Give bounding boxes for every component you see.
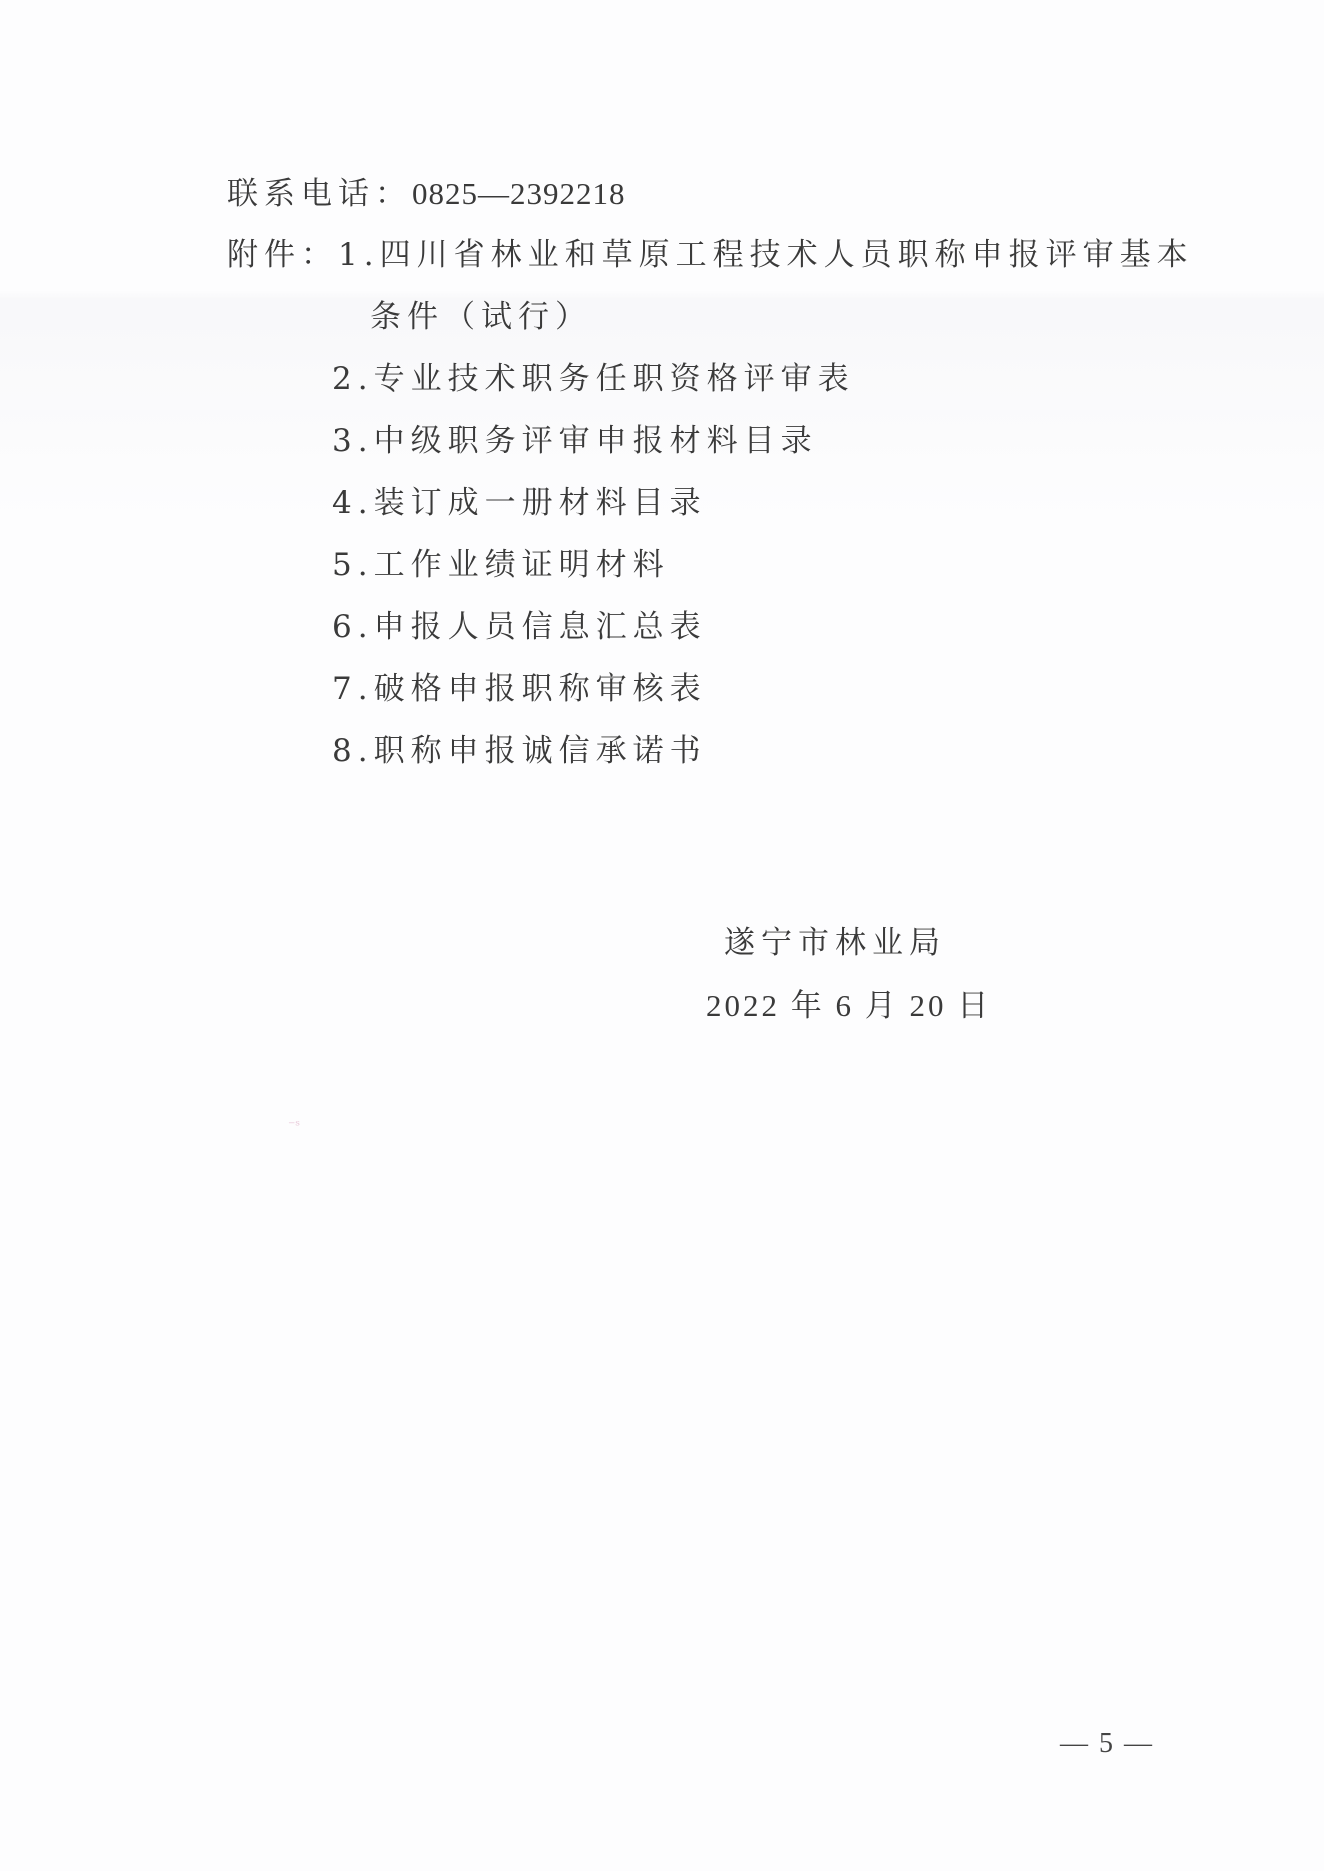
document-page: 联系电话：0825—2392218 附件：1.四川省林业和草原工程技术人员职称申… [0,0,1324,1871]
attachment-item: 4.装订成一册材料目录 [332,485,707,521]
attachment-item: 1.四川省林业和草原工程技术人员职称申报评审基本 [338,237,1194,273]
attachments-label: 附件： [227,237,338,273]
contact-phone: 0825—2392218 [412,176,626,211]
attachment-item: 2.专业技术职务任职资格评审表 [332,361,855,397]
attachment-item: 3.中级职务评审申报材料目录 [332,423,818,459]
signature-organization: 遂宁市林业局 [724,928,946,959]
contact-label: 联系电话： [227,176,412,212]
attachment-line-1: 附件：1.四川省林业和草原工程技术人员职称申报评审基本 [227,240,1194,271]
contact-line: 联系电话：0825—2392218 [227,178,626,210]
attachment-line-5: 5.工作业绩证明材料 [332,550,670,581]
page-number: — 5 — [1060,1728,1154,1760]
attachment-line-1-cont: 条件（试行） [370,302,592,333]
attachment-line-2: 2.专业技术职务任职资格评审表 [332,364,855,395]
attachment-item: 6.申报人员信息汇总表 [332,609,707,645]
attachment-item: 5.工作业绩证明材料 [332,547,670,583]
signature-date: 2022 年 6 月 20 日 [706,990,991,1021]
bleed-through-background [0,0,1324,1871]
attachment-line-4: 4.装订成一册材料目录 [332,488,707,519]
attachment-line-6: 6.申报人员信息汇总表 [332,612,707,643]
attachment-item: 条件（试行） [370,299,592,335]
attachment-line-7: 7.破格申报职称审核表 [332,674,707,705]
attachment-line-3: 3.中级职务评审申报材料目录 [332,426,818,457]
attachment-line-8: 8.职称申报诚信承诺书 [332,736,707,767]
attachment-item: 8.职称申报诚信承诺书 [332,733,707,769]
attachment-item: 7.破格申报职称审核表 [332,671,707,707]
stamp-residue: ⁻ˢ [288,1118,300,1134]
